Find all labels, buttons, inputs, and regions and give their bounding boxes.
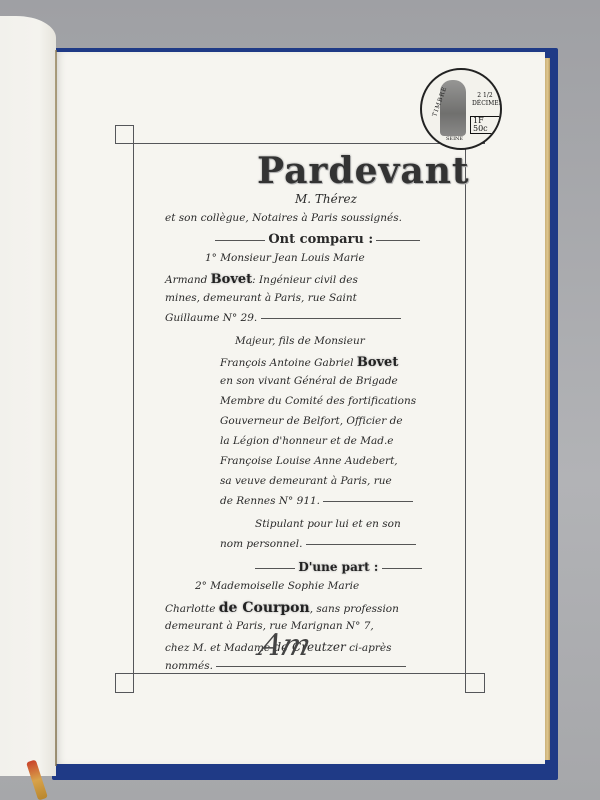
stamp-decimes: 2 1/2 DÉCIMES <box>472 92 498 108</box>
fiscal-stamp: TIMBRE 2 1/2 DÉCIMES 1F 50c SEINE <box>420 68 502 150</box>
surname-bovet-father: Bovet <box>357 355 399 370</box>
frame-corner-bottom-right <box>465 673 485 693</box>
deed-line: et son collègue, Notaires à Paris soussi… <box>165 212 402 224</box>
frame-bottom <box>133 673 466 674</box>
deed-line: Guillaume N° 29. <box>165 312 401 324</box>
deed-line: Charlotte de Courpon, sans profession <box>165 600 399 616</box>
stamp-value: 1F 50c <box>470 116 500 134</box>
deed-line: sa veuve demeurant à Paris, rue <box>220 475 392 487</box>
surname-bovet: Bovet <box>211 272 253 287</box>
deed-line: Armand Bovet: Ingénieur civil des <box>165 272 358 287</box>
frame-top <box>133 143 466 144</box>
gilt-page-edge <box>545 58 550 760</box>
frame-corner-bottom-left <box>115 673 134 693</box>
deed-title: Pardevant <box>257 150 470 192</box>
deed-line: François Antoine Gabriel Bovet <box>220 355 398 370</box>
deed-line: Ont comparu : <box>215 232 420 247</box>
surname-de-courpon: de Courpon <box>219 600 310 616</box>
deed-line: Membre du Comité des fortifications <box>220 395 416 407</box>
stamp-department: SEINE <box>446 136 463 142</box>
deed-line: Françoise Louise Anne Audebert, <box>220 455 398 467</box>
deed-line: Stipulant pour lui et en son <box>255 518 401 530</box>
deed-line: en son vivant Général de Brigade <box>220 375 398 387</box>
deed-line: Gouverneur de Belfort, Officier de <box>220 415 403 427</box>
deed-line: de Rennes N° 911. <box>220 495 413 507</box>
frame-corner-top-left <box>115 125 134 144</box>
deed-line: nom personnel. <box>220 538 416 550</box>
deed-line: Majeur, fils de Monsieur <box>235 335 365 347</box>
frame-right <box>465 125 466 693</box>
book-spine <box>55 50 57 766</box>
deed-line: mines, demeurant à Paris, rue Saint <box>165 292 357 304</box>
left-page <box>0 16 56 776</box>
deed-line: 2° Mademoiselle Sophie Marie <box>195 580 359 592</box>
notary-signature: Am <box>255 628 315 663</box>
party-separator: D'une part : <box>298 560 378 574</box>
deed-line: D'une part : <box>255 560 422 574</box>
notary-name: M. Thérez <box>295 192 357 206</box>
deed-line: la Légion d'honneur et de Mad.e <box>220 435 394 447</box>
frame-left <box>133 125 134 693</box>
deed-line: 1° Monsieur Jean Louis Marie <box>205 252 365 264</box>
